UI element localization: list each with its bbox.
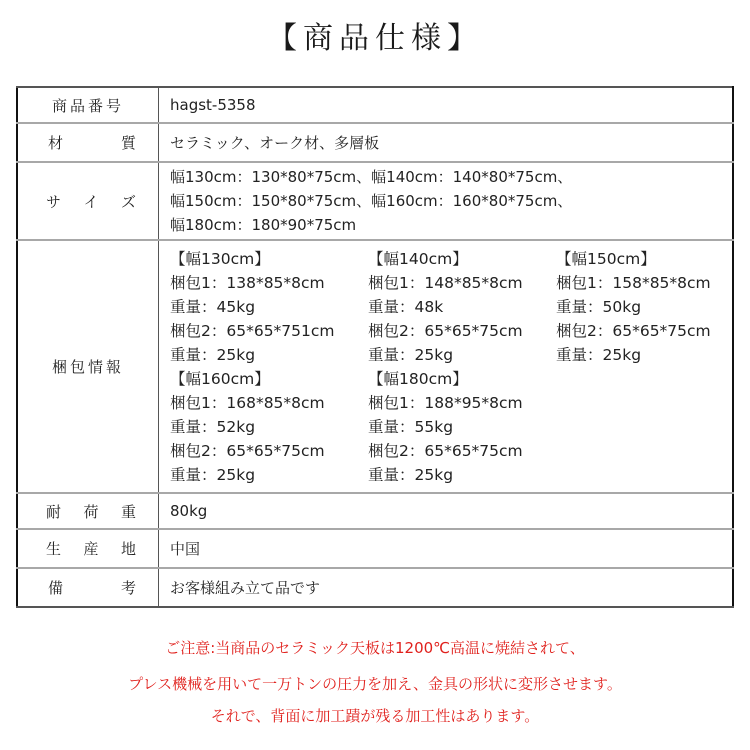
row-remarks: 備 考 お客様組み立て品です (17, 568, 733, 607)
row-origin: 生 産 地 中国 (17, 529, 733, 568)
value-size: 幅130cm：130*80*75cm、幅140cm：140*80*75cm、 幅… (159, 162, 734, 240)
row-material: 材 質 セラミック、オーク材、多層板 (17, 123, 733, 162)
label-material: 材 質 (17, 123, 159, 162)
size-line: 幅180cm：180*90*75cm (170, 213, 732, 237)
pack-block-150: 【幅150cm】 梱包1：158*85*8cm 重量：50kg 梱包2：65*6… (556, 247, 736, 367)
value-origin: 中国 (159, 529, 734, 568)
row-size: サ イ ズ 幅130cm：130*80*75cm、幅140cm：140*80*7… (17, 162, 733, 240)
notice-line-2: プレス機械を用いて一万トンの圧力を加え、金具の形状に変形させます。 (0, 674, 750, 694)
pack-block-180: 【幅180cm】 梱包1：188*95*8cm 重量：55kg 梱包2：65*6… (368, 367, 556, 487)
row-product-number: 商品番号 hagst-5358 (17, 87, 733, 123)
value-product-number: hagst-5358 (159, 87, 734, 123)
pack-block-140: 【幅140cm】 梱包1：148*85*8cm 重量：48k 梱包2：65*65… (368, 247, 556, 367)
label-load-capacity: 耐 荷 重 (17, 493, 159, 529)
pack-block-130: 【幅130cm】 梱包1：138*85*8cm 重量：45kg 梱包2：65*6… (170, 247, 368, 367)
spec-table: 商品番号 hagst-5358 材 質 セラミック、オーク材、多層板 サ イ ズ… (16, 86, 734, 608)
value-packaging: 【幅130cm】 梱包1：138*85*8cm 重量：45kg 梱包2：65*6… (159, 240, 734, 493)
value-material: セラミック、オーク材、多層板 (159, 123, 734, 162)
page-title: 【商品仕様】 (0, 14, 750, 64)
label-size: サ イ ズ (17, 162, 159, 240)
value-load-capacity: 80kg (159, 493, 734, 529)
notice-line-3: それで、背面に加工蹟が残る加工性はあります。 (0, 706, 750, 726)
row-packaging: 梱包情報 【幅130cm】 梱包1：138*85*8cm 重量：45kg 梱包2… (17, 240, 733, 493)
label-product-number: 商品番号 (17, 87, 159, 123)
label-remarks: 備 考 (17, 568, 159, 607)
pack-block-160: 【幅160cm】 梱包1：168*85*8cm 重量：52kg 梱包2：65*6… (170, 367, 368, 487)
label-packaging: 梱包情報 (17, 240, 159, 493)
notice-line-1: ご注意:当商品のセラミック天板は1200℃高温に焼結されて、 (0, 638, 750, 658)
size-line: 幅130cm：130*80*75cm、幅140cm：140*80*75cm、 (170, 165, 732, 189)
row-load-capacity: 耐 荷 重 80kg (17, 493, 733, 529)
label-origin: 生 産 地 (17, 529, 159, 568)
size-line: 幅150cm：150*80*75cm、幅160cm：160*80*75cm、 (170, 189, 732, 213)
value-remarks: お客様組み立て品です (159, 568, 734, 607)
